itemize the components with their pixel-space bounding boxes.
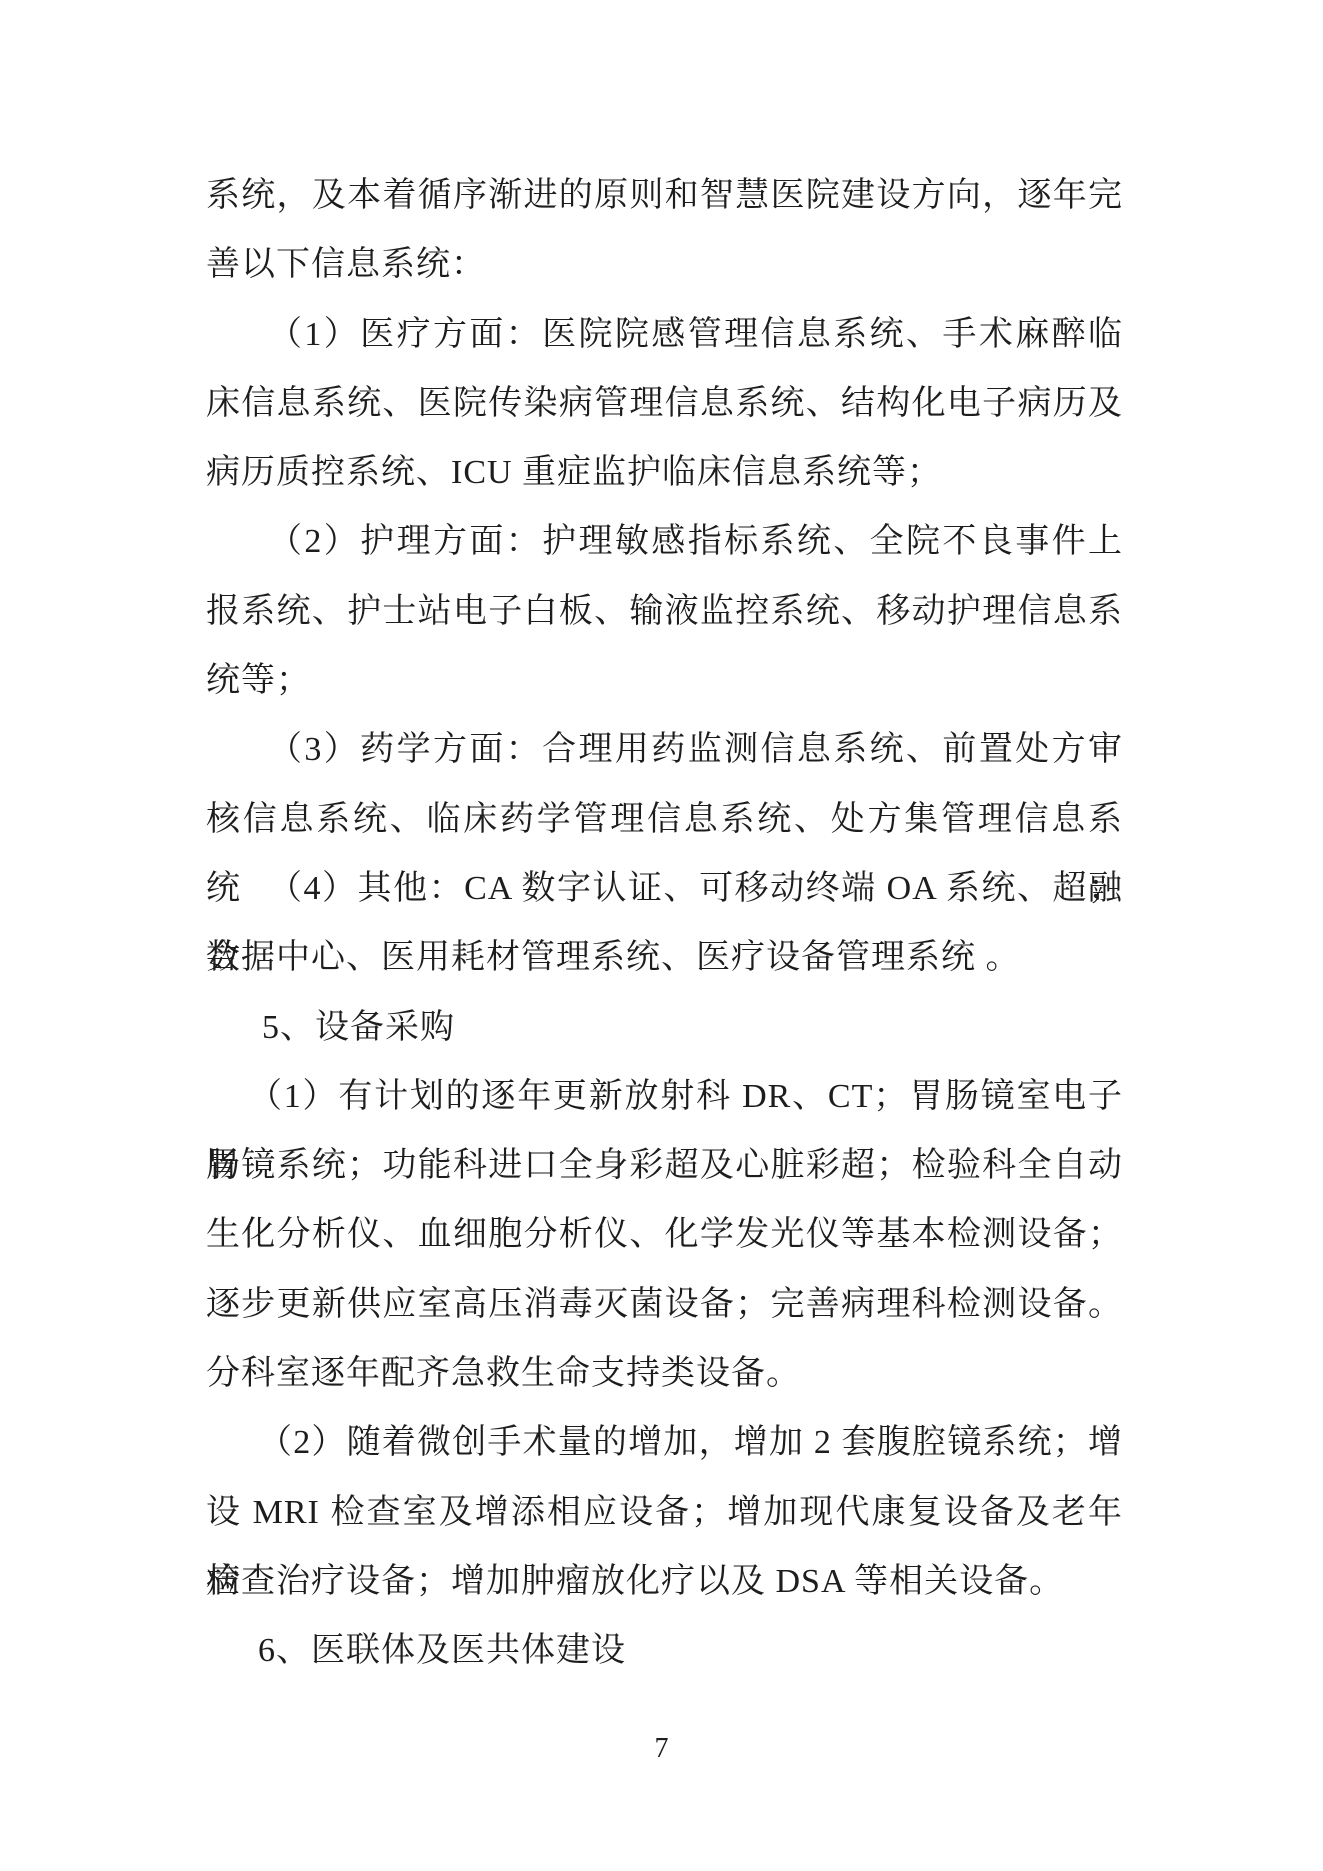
text-line: 逐步更新供应室高压消毒灭菌设备；完善病理科检测设备。: [206, 1270, 1123, 1339]
text-line: （1）有计划的逐年更新放射科 DR、CT；胃肠镜室电子胃: [206, 1062, 1123, 1131]
text-line: （2）护理方面：护理敏感指标系统、全院不良事件上: [206, 507, 1123, 576]
text-line: 系统，及本着循序渐进的原则和智慧医院建设方向，逐年完: [206, 161, 1123, 230]
text-line: 报系统、护士站电子白板、输液监控系统、移动护理信息系: [206, 577, 1123, 646]
text-line: 病历质控系统、ICU 重症监护临床信息系统等；: [206, 438, 1123, 507]
text-line: （3）药学方面：合理用药监测信息系统、前置处方审: [206, 715, 1123, 784]
text-line: 6、医联体及医共体建设: [206, 1616, 1123, 1685]
text-line: 分科室逐年配齐急救生命支持类设备。: [206, 1339, 1123, 1408]
text-line: 数据中心、医用耗材管理系统、医疗设备管理系统 。: [206, 923, 1123, 992]
text-line: 善以下信息系统：: [206, 230, 1123, 299]
text-line: 生化分析仪、血细胞分析仪、化学发光仪等基本检测设备；: [206, 1200, 1123, 1269]
text-line: 床信息系统、医院传染病管理信息系统、结构化电子病历及: [206, 369, 1123, 438]
text-line: 设 MRI 检查室及增添相应设备；增加现代康复设备及老年病: [206, 1478, 1123, 1547]
text-line: （2）随着微创手术量的增加，增加 2 套腹腔镜系统；增: [206, 1408, 1123, 1477]
text-line: 统等；: [206, 646, 1123, 715]
document-page: 系统，及本着循序渐进的原则和智慧医院建设方向，逐年完善以下信息系统：（1）医疗方…: [0, 0, 1323, 1871]
text-line: （1）医疗方面：医院院感管理信息系统、手术麻醉临: [206, 300, 1123, 369]
text-line: 检查治疗设备；增加肿瘤放化疗以及 DSA 等相关设备。: [206, 1547, 1123, 1616]
text-line: （4）其他：CA 数字认证、可移动终端 OA 系统、超融合: [206, 854, 1123, 923]
page-number: 7: [0, 1732, 1323, 1766]
text-line: 5、设备采购: [206, 993, 1123, 1062]
document-body: 系统，及本着循序渐进的原则和智慧医院建设方向，逐年完善以下信息系统：（1）医疗方…: [206, 161, 1123, 1686]
text-line: 肠镜系统；功能科进口全身彩超及心脏彩超；检验科全自动: [206, 1131, 1123, 1200]
text-line: 核信息系统、临床药学管理信息系统、处方集管理信息系统；: [206, 785, 1123, 854]
